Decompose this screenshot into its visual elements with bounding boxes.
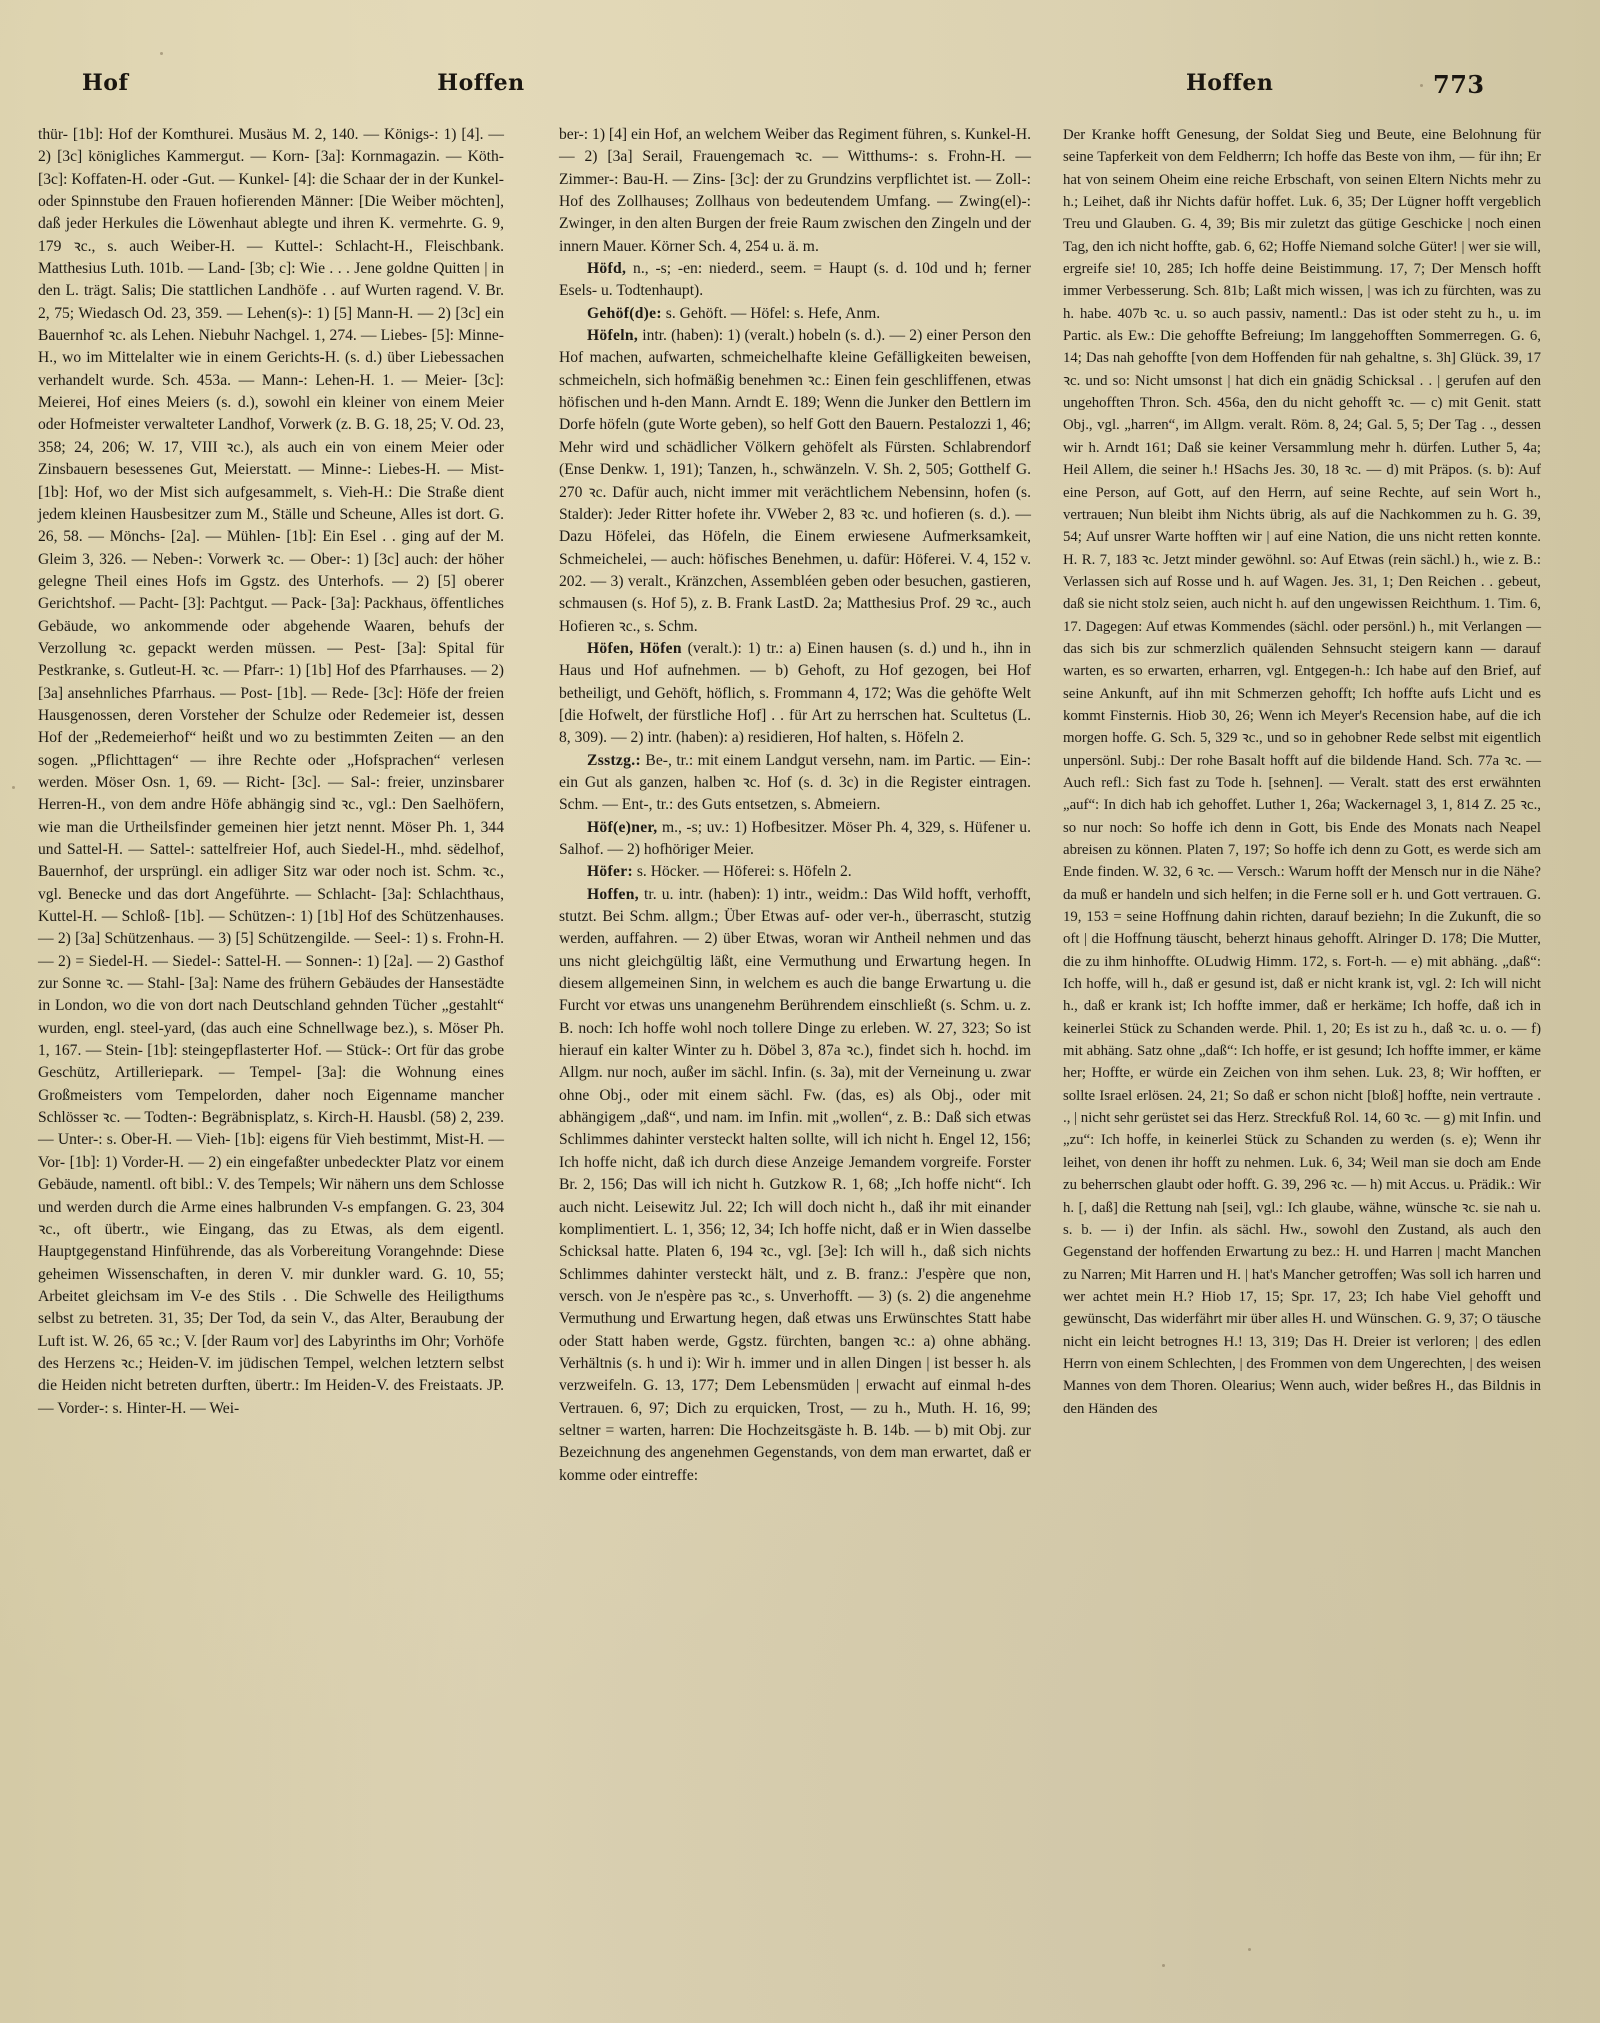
paragraph-text: Der Kranke hofft Genesung, der Soldat Si… [1063, 127, 1541, 1417]
dictionary-entry: Hoffen, tr. u. intr. (haben): 1) intr., … [559, 884, 1031, 1487]
paper-speck [1248, 1948, 1251, 1951]
entry-text: tr. u. intr. (haben): 1) intr., weidm.: … [559, 886, 1031, 1484]
dictionary-page: Hof Hoffen Hoffen 773 thür- [1b]: Hof de… [0, 0, 1600, 2023]
paragraph: ber-: 1) [4] ein Hof, an welchem Weiber … [559, 124, 1031, 258]
dictionary-entry: Gehöf(d)e: s. Gehöft. — Höfel: s. Hefe, … [559, 303, 1031, 325]
dictionary-entry: Zsstzg.: Be-, tr.: mit einem Landgut ver… [559, 750, 1031, 817]
headword: Höf(e)ner, [587, 819, 657, 836]
entry-text: intr. (haben): 1) (veralt.) hobeln (s. d… [559, 327, 1031, 634]
headword: Zsstzg.: [587, 752, 641, 769]
headword: Höfd, [587, 260, 626, 277]
running-head-right: Hoffen [1186, 70, 1273, 96]
paragraph-text: ber-: 1) [4] ein Hof, an welchem Weiber … [559, 126, 1031, 255]
running-head-center: Hoffen [231, 70, 731, 96]
dictionary-entry: Höf(e)ner, m., -s; uv.: 1) Hofbesitzer. … [559, 817, 1031, 862]
dictionary-entry: Höfeln, intr. (haben): 1) (veralt.) hobe… [559, 325, 1031, 638]
paper-speck [12, 786, 15, 789]
headword: Höfen, Höfen [587, 640, 682, 657]
column-2: ber-: 1) [4] ein Hof, an welchem Weiber … [559, 124, 1031, 1487]
running-head: Hof Hoffen Hoffen 773 [0, 70, 1600, 110]
paragraph: Der Kranke hofft Genesung, der Soldat Si… [1063, 124, 1541, 1420]
paragraph: thür- [1b]: Hof der Komthurei. Musäus M.… [38, 124, 504, 1420]
text-columns: thür- [1b]: Hof der Komthurei. Musäus M.… [38, 124, 1418, 2004]
column-3: Der Kranke hofft Genesung, der Soldat Si… [1063, 124, 1541, 1420]
headword: Gehöf(d)e: [587, 305, 662, 322]
column-1: thür- [1b]: Hof der Komthurei. Musäus M.… [38, 124, 504, 1420]
headword: Höfeln, [587, 327, 638, 344]
paper-speck [160, 52, 163, 55]
entry-text: s. Höcker. — Höferei: s. Höfeln 2. [633, 863, 852, 880]
page-number: 773 [1433, 70, 1485, 99]
headword: Hoffen, [587, 886, 639, 903]
entry-text: n., -s; -en: niederd., seem. = Haupt (s.… [559, 260, 1031, 299]
dictionary-entry: Höfer: s. Höcker. — Höferei: s. Höfeln 2… [559, 861, 1031, 883]
paper-speck [1162, 1964, 1165, 1967]
dictionary-entry: Höfd, n., -s; -en: niederd., seem. = Hau… [559, 258, 1031, 303]
running-head-left: Hof [82, 70, 128, 96]
dictionary-entry: Höfen, Höfen (veralt.): 1) tr.: a) Einen… [559, 638, 1031, 750]
entry-text: s. Gehöft. — Höfel: s. Hefe, Anm. [662, 305, 880, 322]
paper-speck [1420, 84, 1423, 87]
paragraph-text: thür- [1b]: Hof der Komthurei. Musäus M.… [38, 126, 504, 1417]
headword: Höfer: [587, 863, 633, 880]
